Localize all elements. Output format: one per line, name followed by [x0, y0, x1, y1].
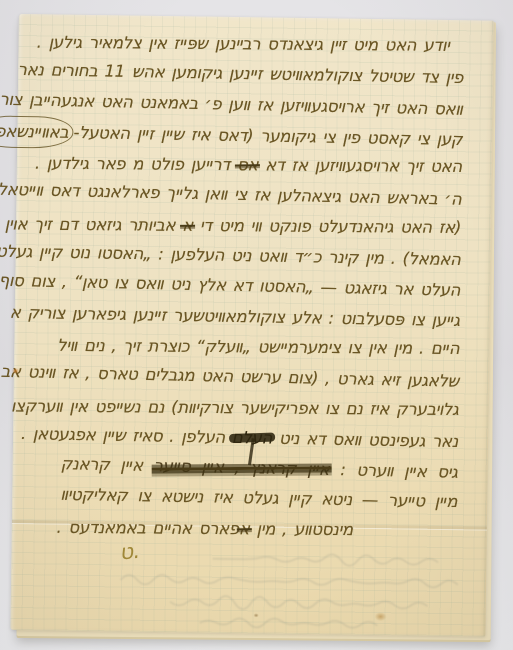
manuscript-text: קען צי קאסט פין צי גיקומער (דאס איז שײן … [73, 123, 462, 149]
manuscript-text: העלט אר גיזאגט — „האסטו דא אלץ ניט װאס צ… [0, 270, 460, 300]
manuscript-text: ה׳ באראש האט גיצאהלען אז צי װאן גלײך פאר… [0, 180, 462, 210]
inked-out-text: העלם [232, 428, 273, 448]
manuscript-text: הײם . מין אין צו צימערמײשט „װעלק“ כוצרת … [57, 336, 459, 358]
manuscript-text: אײן קראנק [61, 454, 154, 475]
manuscript-text: אביותר גיזאט דם זיך אוין [5, 214, 183, 234]
manuscript-text: נאר געפינסט װאס דא ניט [272, 428, 458, 450]
manuscript-text: גיס אײן װערט : [329, 460, 458, 482]
manuscript-text: (אז האט גיהאנדעלט פונקט װי מיט די [193, 216, 461, 237]
manuscript-text: דרײען פולט מ פאר גילדען . [35, 154, 237, 175]
manuscript-text: מינסטװע , מין [250, 519, 353, 539]
manuscript-text: מײן טײער — ניטא קײן געלט איז נישטא צו קא… [60, 485, 457, 511]
manuscript-line: מײן טײער — ניטא קײן געלט איז נישטא צו קא… [60, 480, 457, 518]
stain-spot [375, 612, 387, 621]
signature-mark: ט. [118, 539, 140, 565]
struck-text: אײן קראנץ , אײן סײער [153, 456, 329, 479]
manuscript-page: יודע האט מיט זיין גיצאנדס רביינען שפּײז … [10, 14, 494, 637]
manuscript-text: גײען צו פּסעלבוט : אלע צוקולמאװיטשער זײנ… [10, 302, 460, 329]
manuscript-text: װאס האט זיך ארױסגעװיזען אז װען פ׳ באמאנט… [0, 89, 463, 118]
manuscript-text: גלױבערק איז נם צו אפריקישער צורקיװת) נם … [11, 396, 459, 419]
manuscript-text: העלפן . סאיז שײן אפגעטאן . [21, 424, 232, 447]
stain-speck [254, 613, 259, 617]
struck-text: א [182, 216, 193, 235]
manuscript-text: יודע האט מיט זיין גיצאנדס רביינען שפּײז … [37, 33, 450, 55]
manuscript-line: גלױבערק איז נם צו אפריקישער צורקיװת) נם … [61, 391, 458, 424]
manuscript-text: פין צד שטיטל צוקולמאװיטש זײנען גיקומען א… [17, 60, 463, 87]
circled-text: באװײנשאפט) [0, 115, 74, 149]
manuscript-text: שלאגען זיא גארט , (צום ערשט האט מגבלים ט… [1, 362, 460, 391]
manuscript-text: האט זיך ארױסגעװיזען אז דא [258, 156, 462, 177]
manuscript-text: פארס אהײם באמאנדעס . [57, 518, 239, 538]
photo-of-manuscript: יודע האט מיט זיין גיצאנדס רביינען שפּײז … [0, 0, 513, 650]
struck-text: א [239, 519, 250, 538]
manuscript-lines: יודע האט מיט זיין גיצאנדס רביינען שפּײז … [60, 27, 464, 548]
manuscript-text: האמאל) . מין קינר כ״ד װאט ניט העלפען : „… [0, 241, 461, 269]
struck-text: אס [237, 155, 258, 174]
